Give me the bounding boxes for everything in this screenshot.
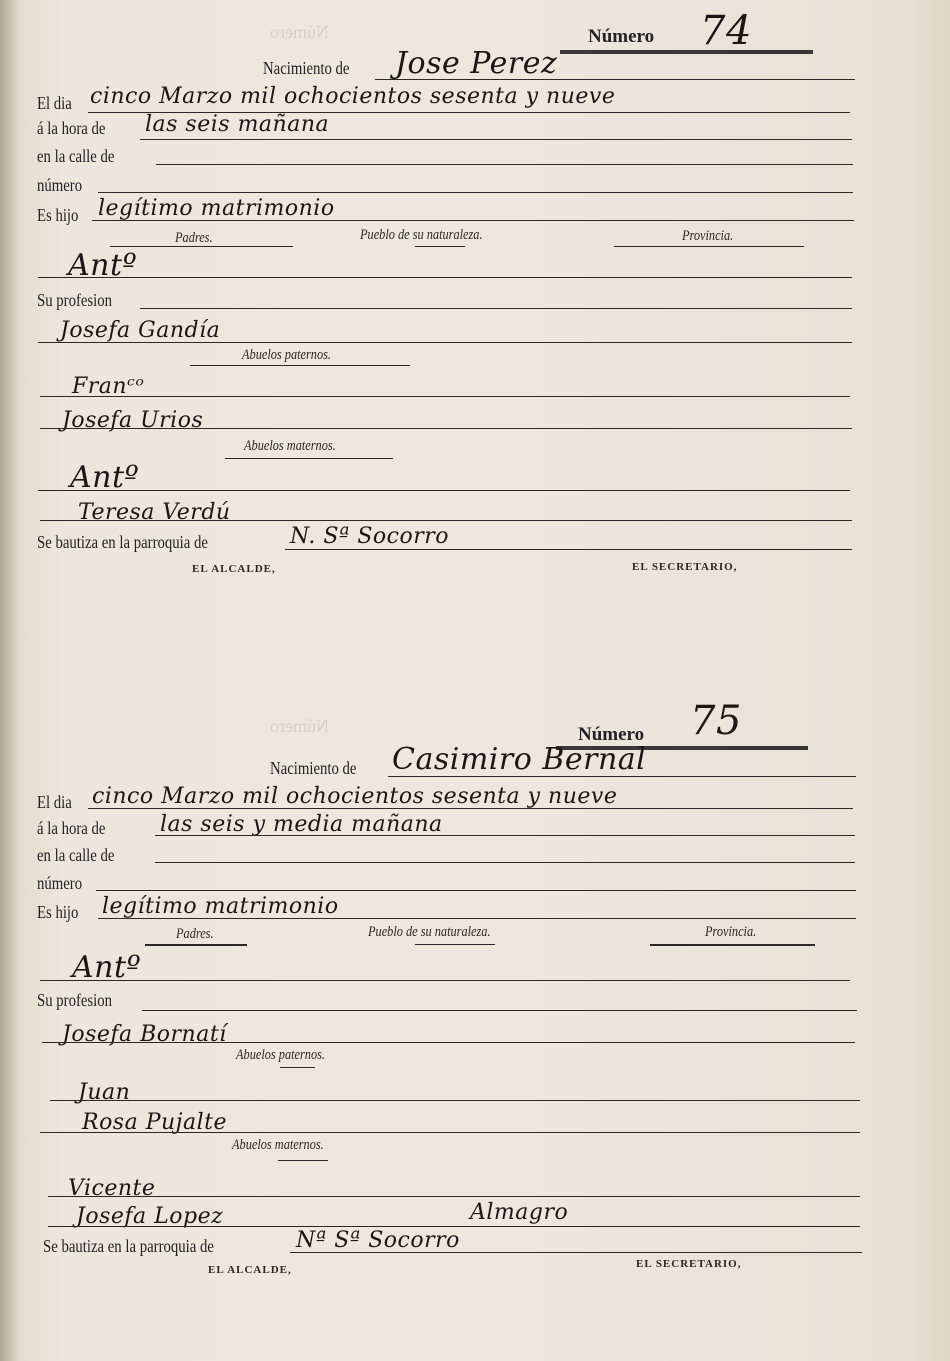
- numero-casa-label: número: [37, 873, 82, 894]
- numero-casa-label: número: [37, 175, 82, 196]
- abuelos-paternos-caption: Abuelos paternos.: [236, 1047, 325, 1064]
- dia-label: El dia: [37, 792, 72, 813]
- nacimiento-label: Nacimiento de: [270, 758, 356, 779]
- bautiza-label: Se bautiza en la parroquia de: [37, 532, 208, 553]
- record-number: 74: [700, 8, 752, 54]
- rule: [614, 246, 804, 247]
- profesion-label: Su profesion: [37, 290, 112, 311]
- rule: [415, 944, 495, 945]
- pueblo-caption: Pueblo de su naturaleza.: [360, 227, 483, 244]
- rule: [145, 944, 247, 946]
- paternal-grandfather: Juan: [78, 1080, 130, 1105]
- rule: [42, 1042, 855, 1043]
- child-name: Casimiro Bernal: [392, 742, 646, 777]
- rule: [156, 164, 853, 165]
- maternal-grandmother: Teresa Verdú: [78, 500, 231, 525]
- calle-label: en la calle de: [37, 845, 114, 866]
- rule: [38, 490, 850, 491]
- hijo-label: Es hijo: [37, 205, 78, 226]
- show-through-text: Número: [270, 716, 329, 737]
- hijo-label: Es hijo: [37, 902, 78, 923]
- rule: [650, 944, 815, 946]
- legitimacy: legítimo matrimonio: [102, 894, 339, 919]
- rule: [40, 396, 850, 397]
- calle-label: en la calle de: [37, 146, 114, 167]
- show-through-text: Número: [270, 22, 329, 43]
- rule: [142, 1010, 857, 1011]
- record-number: 75: [690, 698, 742, 744]
- maternal-grandmother-town: Almagro: [470, 1200, 568, 1225]
- rule: [40, 520, 852, 521]
- rule: [98, 918, 856, 919]
- padres-caption: Padres.: [175, 230, 213, 247]
- mother-name: Josefa Gandía: [60, 318, 220, 343]
- rule: [40, 1132, 860, 1133]
- profesion-label: Su profesion: [37, 990, 112, 1011]
- rule: [140, 308, 852, 309]
- rule: [290, 1252, 862, 1253]
- hora-label: á la hora de: [37, 818, 105, 839]
- legitimacy: legítimo matrimonio: [98, 196, 335, 221]
- child-name: Jose Perez: [395, 46, 557, 81]
- rule: [96, 890, 856, 891]
- numero-label: Número: [588, 26, 654, 48]
- secretario-signature-label: EL SECRETARIO,: [636, 1258, 742, 1270]
- rule: [48, 1226, 860, 1227]
- pueblo-caption: Pueblo de su naturaleza.: [368, 924, 491, 941]
- alcalde-signature-label: EL ALCALDE,: [192, 563, 276, 575]
- page-binding-shadow: [0, 0, 20, 1361]
- rule: [92, 220, 854, 221]
- rule: [40, 980, 850, 981]
- rule: [88, 808, 853, 809]
- parish: Nª Sª Socorro: [296, 1228, 460, 1253]
- abuelos-maternos-caption: Abuelos maternos.: [232, 1137, 324, 1154]
- paternal-grandmother: Josefa Urios: [62, 408, 203, 433]
- maternal-grandfather: Vicente: [68, 1176, 155, 1201]
- provincia-caption: Provincia.: [705, 924, 756, 941]
- rule: [560, 50, 813, 54]
- padres-caption: Padres.: [176, 926, 214, 943]
- parish: N. Sª Socorro: [290, 524, 449, 549]
- abuelos-maternos-caption: Abuelos maternos.: [244, 438, 336, 455]
- rule: [375, 79, 855, 80]
- rule: [190, 365, 410, 366]
- alcalde-signature-label: EL ALCALDE,: [208, 1264, 292, 1276]
- hora-label: á la hora de: [37, 118, 105, 139]
- rule: [278, 1160, 328, 1161]
- rule: [110, 246, 293, 247]
- birth-hour: las seis y media mañana: [160, 812, 443, 837]
- secretario-signature-label: EL SECRETARIO,: [632, 561, 738, 573]
- bautiza-label: Se bautiza en la parroquia de: [43, 1236, 214, 1257]
- provincia-caption: Provincia.: [682, 228, 733, 245]
- rule: [155, 835, 855, 836]
- birth-hour: las seis mañana: [145, 112, 329, 137]
- rule: [38, 277, 852, 278]
- rule: [50, 1100, 860, 1101]
- rule: [388, 776, 856, 777]
- mother-name: Josefa Bornatí: [62, 1022, 227, 1047]
- birth-date: cinco Marzo mil ochocientos sesenta y nu…: [90, 84, 615, 109]
- rule: [155, 862, 855, 863]
- rule: [140, 139, 852, 140]
- rule: [225, 458, 393, 459]
- rule: [48, 1196, 860, 1197]
- rule: [38, 342, 852, 343]
- nacimiento-label: Nacimiento de: [263, 58, 349, 79]
- rule: [280, 1067, 315, 1068]
- rule: [98, 192, 853, 193]
- rule: [40, 428, 852, 429]
- dia-label: El dia: [37, 93, 72, 114]
- birth-date: cinco Marzo mil ochocientos sesenta y nu…: [92, 784, 617, 809]
- abuelos-paternos-caption: Abuelos paternos.: [242, 347, 331, 364]
- rule: [415, 246, 465, 247]
- rule: [285, 549, 852, 550]
